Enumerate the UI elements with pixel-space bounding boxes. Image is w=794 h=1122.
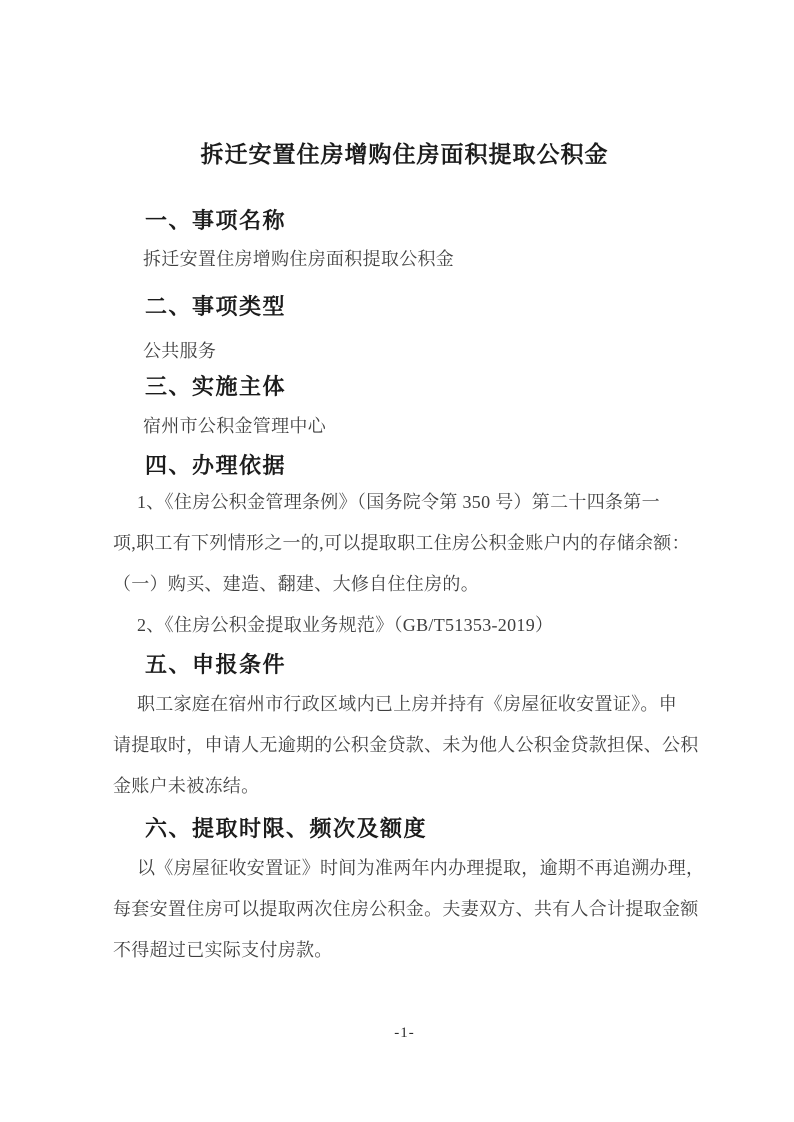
- section-application-conditions: 五、申报条件 职工家庭在宿州市行政区域内已上房并持有《房屋征收安置证》。申 请提…: [113, 650, 696, 807]
- section-heading-application-conditions: 五、申报条件: [113, 650, 696, 680]
- document-page: 拆迁安置住房增购住房面积提取公积金 一、事项名称 拆迁安置住房增购住房面积提取公…: [0, 0, 794, 1122]
- body-line: （一）购买、建造、翻建、大修自住住房的。: [113, 564, 696, 605]
- document-content: 拆迁安置住房增购住房面积提取公积金 一、事项名称 拆迁安置住房增购住房面积提取公…: [0, 137, 794, 1043]
- body-line: 职工家庭在宿州市行政区域内已上房并持有《房屋征收安置证》。申: [113, 684, 696, 725]
- section-withdrawal-limits: 六、提取时限、频次及额度 以《房屋征收安置证》时间为准两年内办理提取，逾期不再追…: [113, 814, 696, 971]
- page-number: -1-: [113, 1023, 696, 1043]
- body-line: 宿州市公积金管理中心: [113, 406, 696, 447]
- body-line: 金账户未被冻结。: [113, 766, 696, 807]
- section-heading-item-type: 二、事项类型: [113, 292, 696, 322]
- document-title: 拆迁安置住房增购住房面积提取公积金: [113, 137, 696, 171]
- section-item-name: 一、事项名称 拆迁安置住房增购住房面积提取公积金: [113, 206, 696, 280]
- body-line: 以《房屋征收安置证》时间为准两年内办理提取，逾期不再追溯办理，: [113, 848, 696, 889]
- body-line: 不得超过已实际支付房款。: [113, 930, 696, 971]
- section-item-type: 二、事项类型 公共服务: [113, 292, 696, 372]
- section-heading-withdrawal-limits: 六、提取时限、频次及额度: [113, 814, 696, 844]
- section-heading-implementing-body: 三、实施主体: [113, 372, 696, 402]
- section-handling-basis: 四、办理依据 1、《住房公积金管理条例》（国务院令第 350 号）第二十四条第一…: [113, 451, 696, 646]
- body-line: 项,职工有下列情形之一的,可以提取职工住房公积金账户内的存储余额：: [113, 523, 696, 564]
- section-heading-item-name: 一、事项名称: [113, 206, 696, 236]
- body-line: 2、《住房公积金提取业务规范》（GB/T51353-2019）: [113, 605, 696, 646]
- body-line: 拆迁安置住房增购住房面积提取公积金: [113, 239, 696, 280]
- section-heading-handling-basis: 四、办理依据: [113, 451, 696, 481]
- body-line: 公共服务: [113, 331, 696, 372]
- body-line: 请提取时，申请人无逾期的公积金贷款、未为他人公积金贷款担保、公积: [113, 725, 696, 766]
- body-line: 每套安置住房可以提取两次住房公积金。夫妻双方、共有人合计提取金额: [113, 889, 696, 930]
- body-line: 1、《住房公积金管理条例》（国务院令第 350 号）第二十四条第一: [113, 482, 696, 523]
- section-implementing-body: 三、实施主体 宿州市公积金管理中心: [113, 372, 696, 447]
